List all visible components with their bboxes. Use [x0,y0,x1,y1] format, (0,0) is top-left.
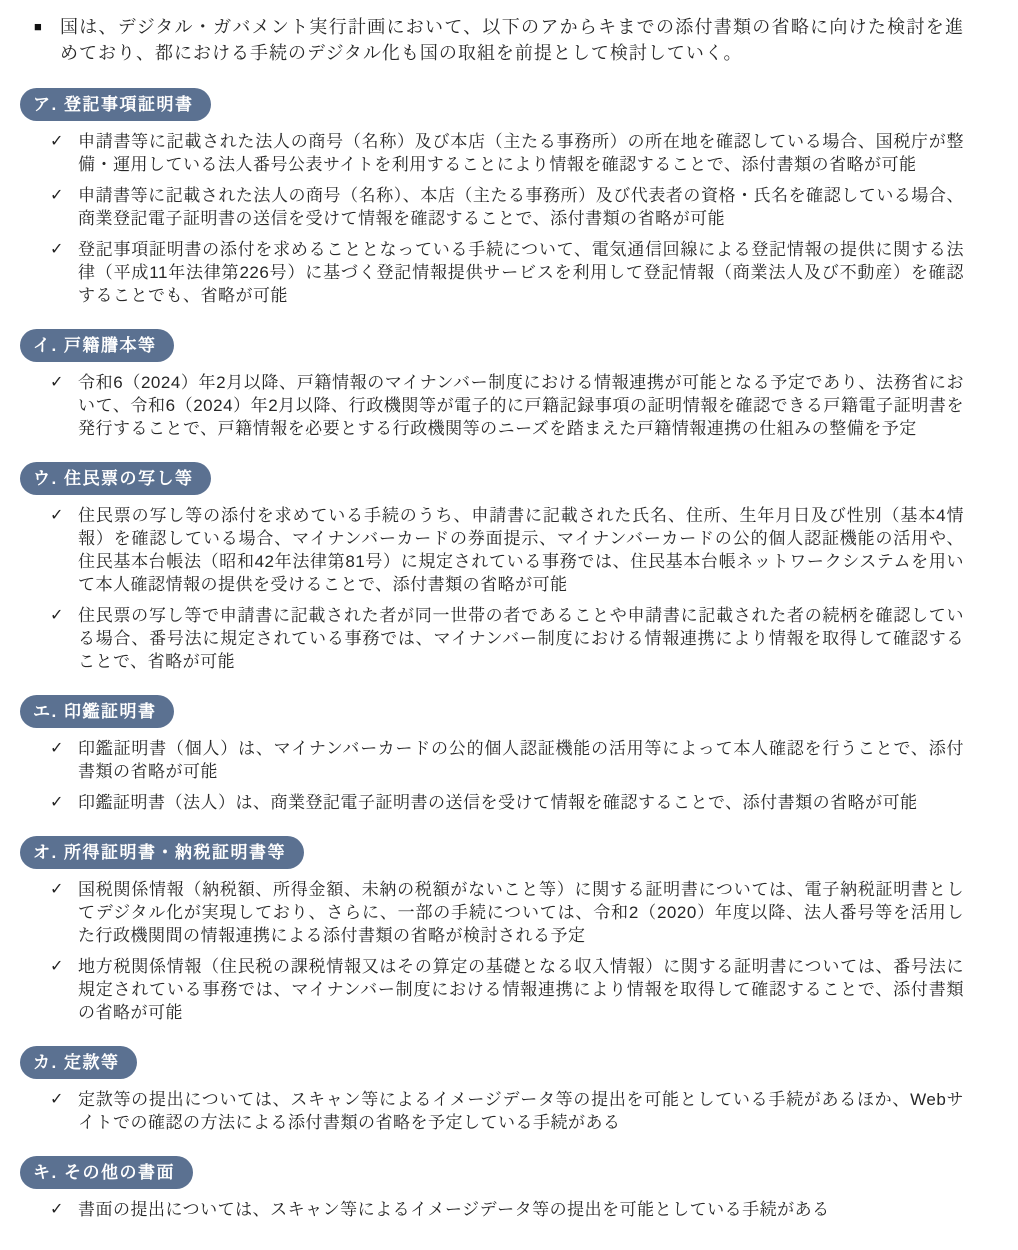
intro-statement: ■ 国は、デジタル・ガバメント実行計画において、以下のアからキまでの添付書類の省… [34,14,964,66]
list-item-text: 住民票の写し等の添付を求めている手続のうち、申請書に記載された氏名、住所、生年月… [78,504,964,596]
list-item: ✓ 申請書等に記載された法人の商号（名称）、本店（主たる事務所）及び代表者の資格… [20,184,964,230]
section: オ. 所得証明書・納税証明書等 ✓ 国税関係情報（納税額、所得金額、未納の税額が… [20,836,992,1024]
section: ア. 登記事項証明書 ✓ 申請書等に記載された法人の商号（名称）及び本店（主たる… [20,88,992,307]
section-items: ✓ 印鑑証明書（個人）は、マイナンバーカードの公的個人認証機能の活用等によって本… [20,737,992,814]
check-icon: ✓ [50,1088,78,1111]
section-items: ✓ 書面の提出については、スキャン等によるイメージデータ等の提出を可能としている… [20,1198,992,1221]
section: イ. 戸籍謄本等 ✓ 令和6（2024）年2月以降、戸籍情報のマイナンバー制度に… [20,329,992,440]
list-item-text: 申請書等に記載された法人の商号（名称）、本店（主たる事務所）及び代表者の資格・氏… [78,184,964,230]
list-item: ✓ 印鑑証明書（法人）は、商業登記電子証明書の送信を受けて情報を確認することで、… [20,791,964,814]
section-items: ✓ 申請書等に記載された法人の商号（名称）及び本店（主たる事務所）の所在地を確認… [20,130,992,307]
check-icon: ✓ [50,791,78,814]
check-icon: ✓ [50,130,78,153]
check-icon: ✓ [50,878,78,901]
list-item-text: 住民票の写し等で申請書に記載された者が同一世帯の者であることや申請書に記載された… [78,604,964,673]
section-badge: オ. 所得証明書・納税証明書等 [20,836,304,869]
section-items: ✓ 令和6（2024）年2月以降、戸籍情報のマイナンバー制度における情報連携が可… [20,371,992,440]
list-item: ✓ 印鑑証明書（個人）は、マイナンバーカードの公的個人認証機能の活用等によって本… [20,737,964,783]
section-badge: ウ. 住民票の写し等 [20,462,211,495]
check-icon: ✓ [50,371,78,394]
section-badge: カ. 定款等 [20,1046,137,1079]
list-item: ✓ 書面の提出については、スキャン等によるイメージデータ等の提出を可能としている… [20,1198,964,1221]
intro-text: 国は、デジタル・ガバメント実行計画において、以下のアからキまでの添付書類の省略に… [60,14,964,66]
sections-container: ア. 登記事項証明書 ✓ 申請書等に記載された法人の商号（名称）及び本店（主たる… [20,88,992,1221]
check-icon: ✓ [50,504,78,527]
list-item-text: 書面の提出については、スキャン等によるイメージデータ等の提出を可能としている手続… [78,1198,964,1221]
section-badge: ア. 登記事項証明書 [20,88,211,121]
list-item: ✓ 住民票の写し等で申請書に記載された者が同一世帯の者であることや申請書に記載さ… [20,604,964,673]
list-item-text: 定款等の提出については、スキャン等によるイメージデータ等の提出を可能としている手… [78,1088,964,1134]
section: エ. 印鑑証明書 ✓ 印鑑証明書（個人）は、マイナンバーカードの公的個人認証機能… [20,695,992,814]
list-item: ✓ 申請書等に記載された法人の商号（名称）及び本店（主たる事務所）の所在地を確認… [20,130,964,176]
section-items: ✓ 住民票の写し等の添付を求めている手続のうち、申請書に記載された氏名、住所、生… [20,504,992,673]
list-item-text: 登記事項証明書の添付を求めることとなっている手続について、電気通信回線による登記… [78,238,964,307]
check-icon: ✓ [50,955,78,978]
list-item-text: 印鑑証明書（法人）は、商業登記電子証明書の送信を受けて情報を確認することで、添付… [78,791,964,814]
list-item-text: 地方税関係情報（住民税の課税情報又はその算定の基礎となる収入情報）に関する証明書… [78,955,964,1024]
section-badge: エ. 印鑑証明書 [20,695,174,728]
section: カ. 定款等 ✓ 定款等の提出については、スキャン等によるイメージデータ等の提出… [20,1046,992,1134]
list-item-text: 国税関係情報（納税額、所得金額、未納の税額がないこと等）に関する証明書については… [78,878,964,947]
list-item-text: 印鑑証明書（個人）は、マイナンバーカードの公的個人認証機能の活用等によって本人確… [78,737,964,783]
list-item-text: 申請書等に記載された法人の商号（名称）及び本店（主たる事務所）の所在地を確認して… [78,130,964,176]
section: キ. その他の書面 ✓ 書面の提出については、スキャン等によるイメージデータ等の… [20,1156,992,1221]
check-icon: ✓ [50,1198,78,1221]
list-item: ✓ 国税関係情報（納税額、所得金額、未納の税額がないこと等）に関する証明書につい… [20,878,964,947]
check-icon: ✓ [50,238,78,261]
check-icon: ✓ [50,604,78,627]
document-page: ■ 国は、デジタル・ガバメント実行計画において、以下のアからキまでの添付書類の省… [0,0,1018,1237]
section-badge: イ. 戸籍謄本等 [20,329,174,362]
list-item: ✓ 登記事項証明書の添付を求めることとなっている手続について、電気通信回線による… [20,238,964,307]
check-icon: ✓ [50,184,78,207]
section-items: ✓ 定款等の提出については、スキャン等によるイメージデータ等の提出を可能としてい… [20,1088,992,1134]
list-item: ✓ 定款等の提出については、スキャン等によるイメージデータ等の提出を可能としてい… [20,1088,964,1134]
section: ウ. 住民票の写し等 ✓ 住民票の写し等の添付を求めている手続のうち、申請書に記… [20,462,992,673]
section-badge: キ. その他の書面 [20,1156,193,1189]
list-item: ✓ 地方税関係情報（住民税の課税情報又はその算定の基礎となる収入情報）に関する証… [20,955,964,1024]
list-item: ✓ 令和6（2024）年2月以降、戸籍情報のマイナンバー制度における情報連携が可… [20,371,964,440]
list-item: ✓ 住民票の写し等の添付を求めている手続のうち、申請書に記載された氏名、住所、生… [20,504,964,596]
square-bullet-icon: ■ [34,14,60,40]
section-items: ✓ 国税関係情報（納税額、所得金額、未納の税額がないこと等）に関する証明書につい… [20,878,992,1024]
check-icon: ✓ [50,737,78,760]
list-item-text: 令和6（2024）年2月以降、戸籍情報のマイナンバー制度における情報連携が可能と… [78,371,964,440]
